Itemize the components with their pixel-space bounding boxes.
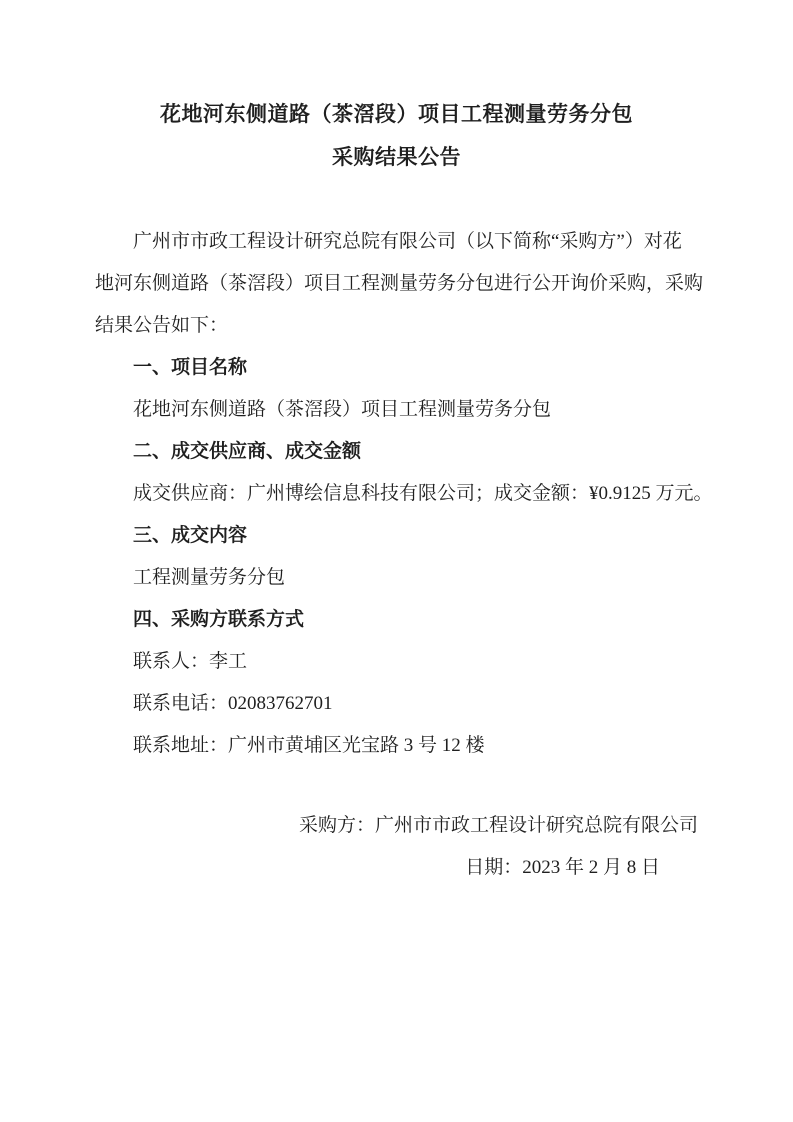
title-line-1: 花地河东侧道路（茶滘段）项目工程测量劳务分包 xyxy=(95,93,698,136)
date-line: 日期：2023 年 2 月 8 日 xyxy=(95,847,698,889)
section-heading: 二、成交供应商、成交金额 xyxy=(95,431,698,473)
section-content-line: 花地河东侧道路（茶滘段）项目工程测量劳务分包 xyxy=(95,389,698,431)
intro-line: 广州市市政工程设计研究总院有限公司（以下简称“采购方”）对花 xyxy=(95,221,698,263)
contact-address-line: 联系地址：广州市黄埔区光宝路 3 号 12 楼 xyxy=(95,725,698,767)
section-supplier-amount: 二、成交供应商、成交金额 成交供应商：广州博绘信息科技有限公司；成交金额：¥0.… xyxy=(95,431,698,515)
section-heading: 四、采购方联系方式 xyxy=(95,599,698,641)
intro-line: 地河东侧道路（茶滘段）项目工程测量劳务分包进行公开询价采购，采购 xyxy=(95,263,698,305)
document-page: 花地河东侧道路（茶滘段）项目工程测量劳务分包 采购结果公告 广州市市政工程设计研… xyxy=(0,0,793,1122)
intro-line: 结果公告如下： xyxy=(95,305,698,347)
section-project-name: 一、项目名称 花地河东侧道路（茶滘段）项目工程测量劳务分包 xyxy=(95,347,698,431)
purchaser-signature-line: 采购方：广州市市政工程设计研究总院有限公司 xyxy=(95,805,698,847)
section-heading: 三、成交内容 xyxy=(95,515,698,557)
contact-person-line: 联系人：李工 xyxy=(95,641,698,683)
section-deal-content: 三、成交内容 工程测量劳务分包 xyxy=(95,515,698,599)
section-heading: 一、项目名称 xyxy=(95,347,698,389)
signature-block: 采购方：广州市市政工程设计研究总院有限公司 日期：2023 年 2 月 8 日 xyxy=(95,805,698,889)
intro-paragraph: 广州市市政工程设计研究总院有限公司（以下简称“采购方”）对花 地河东侧道路（茶滘… xyxy=(95,221,698,347)
document-title: 花地河东侧道路（茶滘段）项目工程测量劳务分包 采购结果公告 xyxy=(95,93,698,179)
title-line-2: 采购结果公告 xyxy=(95,136,698,179)
section-content-line: 工程测量劳务分包 xyxy=(95,557,698,599)
section-content-line: 成交供应商：广州博绘信息科技有限公司；成交金额：¥0.9125 万元。 xyxy=(95,473,698,515)
section-contact-info: 四、采购方联系方式 联系人：李工 联系电话：02083762701 联系地址：广… xyxy=(95,599,698,767)
contact-phone-line: 联系电话：02083762701 xyxy=(95,683,698,725)
